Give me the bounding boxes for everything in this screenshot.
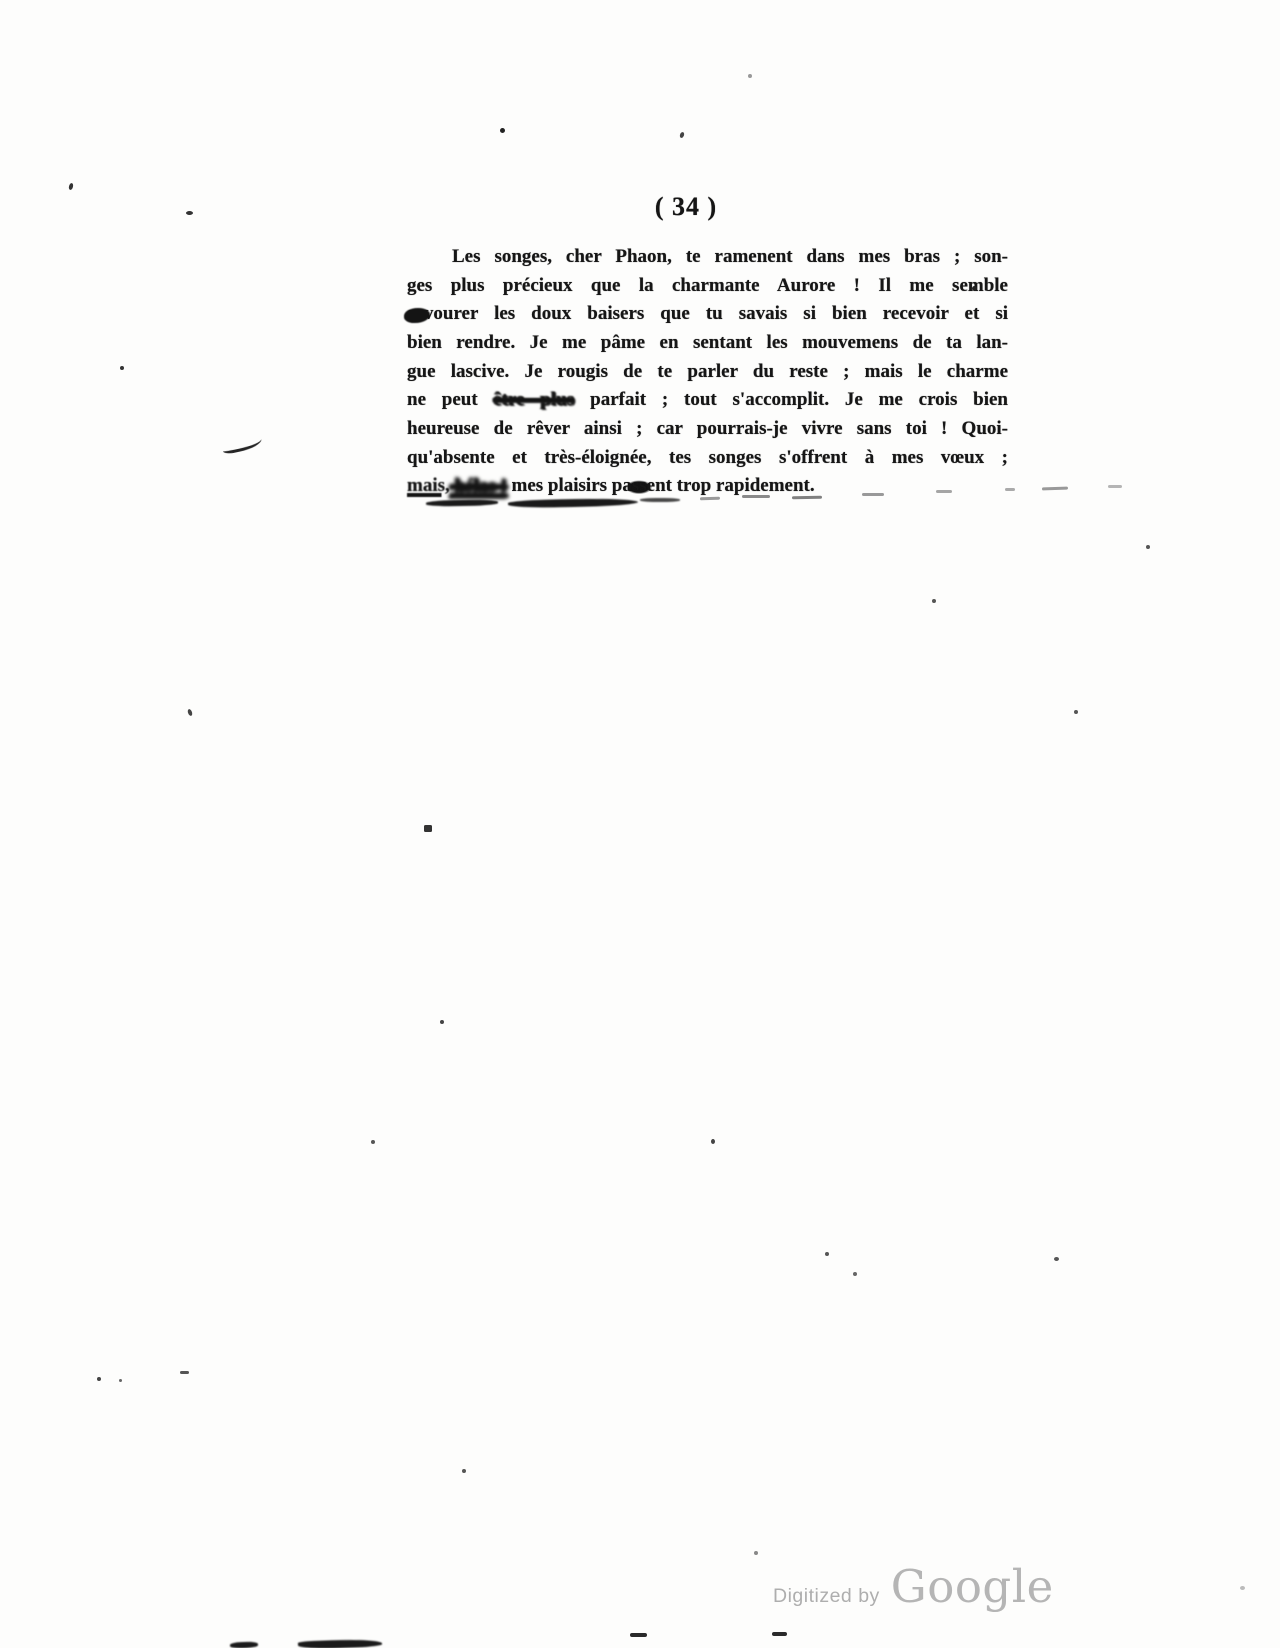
faint-dash (862, 493, 884, 496)
bottom-edge-smudge (772, 1632, 787, 1636)
text-line: Les songes, cher Phaon, te ramenent dans… (407, 243, 1008, 272)
ink-speck (853, 1272, 857, 1276)
ink-covered-word: passent (612, 475, 672, 496)
ink-speck (97, 1377, 101, 1381)
bottom-edge-smudge (630, 1633, 647, 1637)
ink-speck (68, 183, 74, 191)
ink-speck (711, 1139, 715, 1144)
ink-speck (748, 74, 752, 78)
ink-speck (754, 1551, 758, 1555)
ink-smudge (640, 498, 680, 502)
ink-speck (1146, 545, 1150, 549)
bottom-edge-smudge (298, 1639, 382, 1648)
text-line: qu'absente et très-éloignée, tes songes … (407, 444, 1008, 473)
faint-dash (1108, 485, 1122, 488)
ink-speck (119, 1379, 122, 1382)
paragraph: Les songes, cher Phaon, te ramenent dans… (407, 243, 1008, 501)
ink-speck (500, 128, 505, 133)
line-segment: mes plaisirs (507, 475, 612, 496)
struck-words: être plus (493, 389, 574, 410)
text-line: heureuse de rêver ainsi ; car pourrais-j… (407, 415, 1008, 444)
line-segment: parfait ; tout s'accomplit. Je me crois … (574, 389, 1008, 410)
faint-dash (936, 490, 952, 493)
ink-speck (825, 1252, 829, 1256)
pen-stroke (221, 434, 263, 455)
line-segment: ne peut (407, 389, 493, 410)
ink-speck (932, 599, 936, 603)
ink-speck (186, 211, 193, 215)
text-line: ges plus précieux que la charmante Auror… (407, 272, 1008, 301)
google-logo: Google (891, 1560, 1054, 1613)
text-line: savourer les doux baisers que tu savais … (407, 300, 1008, 329)
ink-speck (187, 709, 193, 717)
digitized-by-label: Digitized by (773, 1585, 880, 1608)
faint-dash (742, 495, 770, 498)
scanned-book-page: ( 34 ) Les songes, cher Phaon, te ramene… (0, 0, 1280, 1648)
google-watermark: Digitized by Google (773, 1560, 1054, 1613)
ink-speck (120, 366, 124, 370)
ink-speck (424, 825, 432, 832)
ink-speck (180, 1371, 189, 1374)
ink-smudge (426, 499, 498, 506)
line-segment: trop rapidement. (672, 475, 815, 496)
bottom-edge-smudge (230, 1642, 258, 1648)
ink-speck (462, 1469, 466, 1473)
text-line: gue lascive. Je rougis de te parler du r… (407, 358, 1008, 387)
ink-speck (1074, 710, 1078, 714)
faint-dash (792, 496, 822, 500)
blotted-word: hélas ! (450, 475, 507, 496)
ink-speck (1054, 1257, 1059, 1261)
text-line: bien rendre. Je me pâme en sentant les m… (407, 329, 1008, 358)
faint-dash (1042, 487, 1068, 491)
faint-dash (1005, 488, 1015, 491)
ink-speck (1240, 1586, 1245, 1590)
ink-speck (371, 1140, 375, 1144)
ink-speck (440, 1020, 444, 1024)
ink-speck (679, 131, 685, 138)
smudged-word: mais, (407, 475, 450, 496)
page-number: ( 34 ) (586, 192, 786, 222)
ink-speck (972, 286, 977, 291)
text-line: ne peut être plus parfait ; tout s'accom… (407, 386, 1008, 415)
